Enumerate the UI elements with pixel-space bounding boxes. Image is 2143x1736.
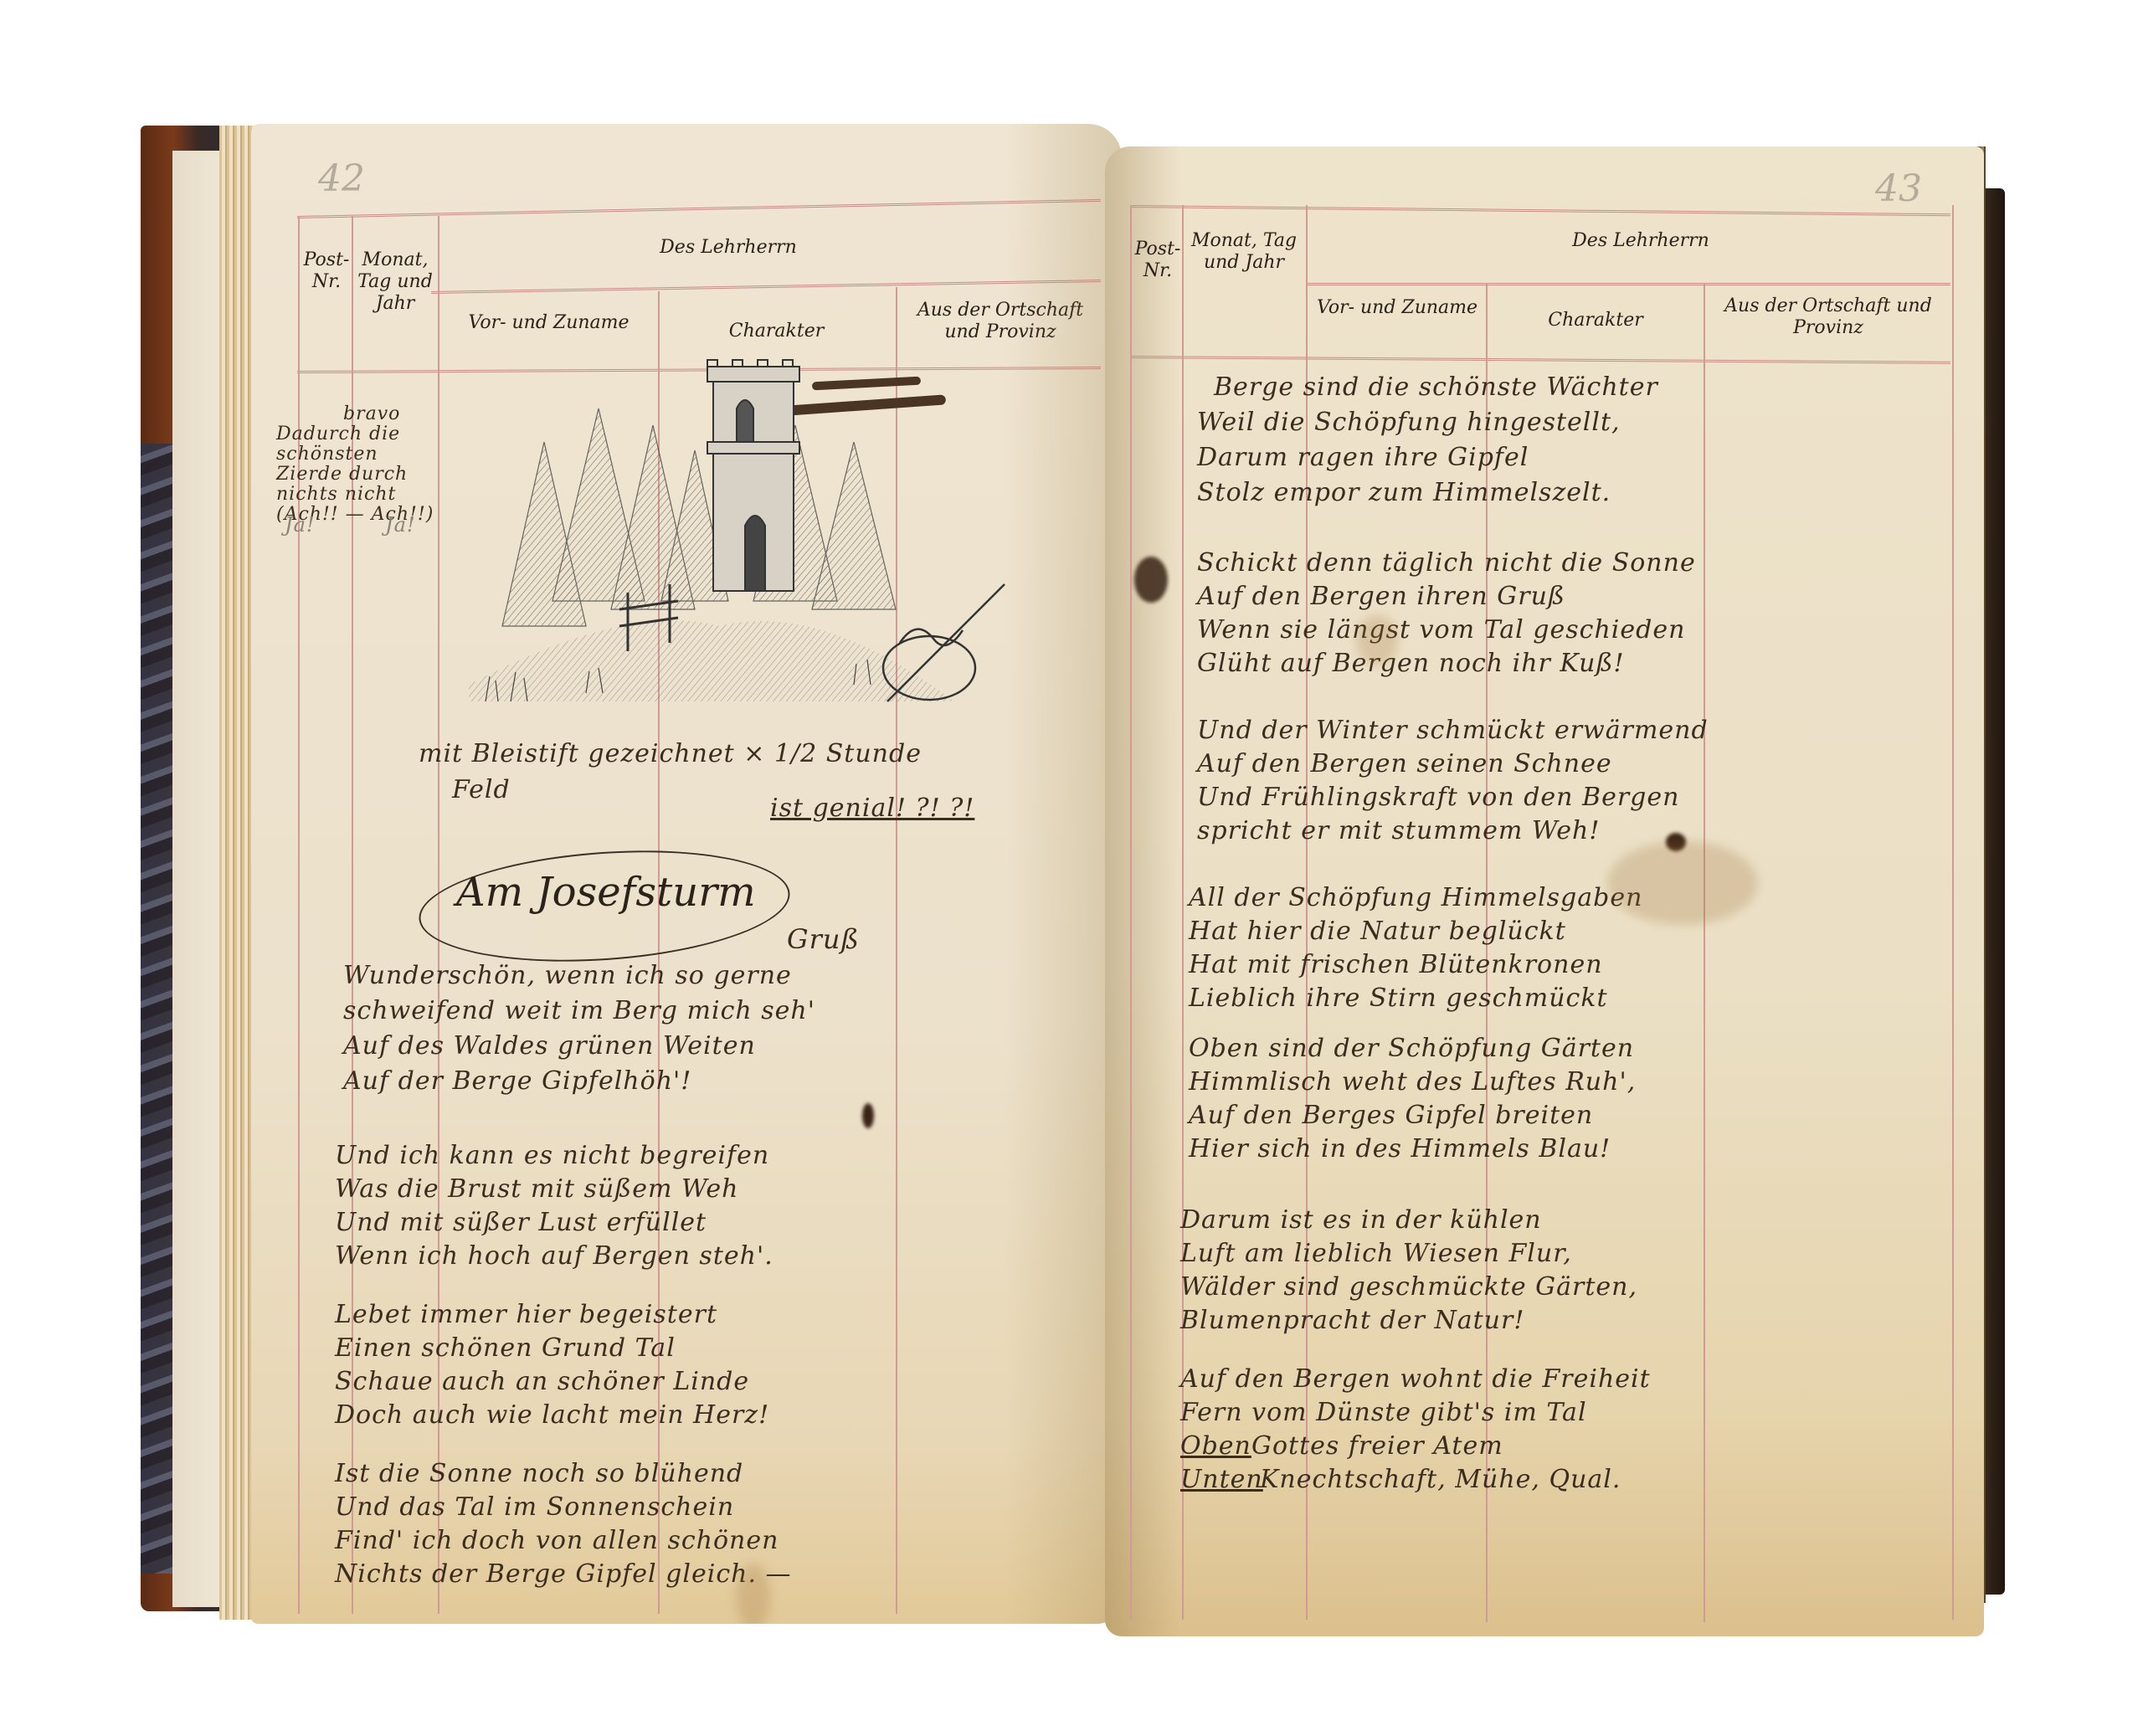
header-name: Vor- und Zuname — [442, 312, 655, 334]
poem-line: All der Schöpfung Himmelsgaben — [1189, 883, 1642, 912]
header-character: Charakter — [661, 321, 892, 342]
header-origin: Aus der Ortschaft und Provinz — [900, 300, 1101, 343]
poem-line: Unten — [1180, 1465, 1263, 1494]
column-rule — [1130, 205, 1132, 1620]
marbled-cover-paper — [141, 444, 174, 1574]
poem-line: Lebet immer hier begeistert — [335, 1300, 717, 1329]
header-origin: Aus der Ortschaft und Provinz — [1708, 295, 1949, 339]
ink-smudge — [1134, 557, 1168, 603]
poem-line: spricht er mit stummem Weh! — [1197, 816, 1600, 845]
poem-line: Ist die Sonne noch so blühend — [335, 1459, 743, 1488]
poem-line: Darum ragen ihre Gipfel — [1197, 443, 1529, 472]
header-group-lehrherr: Des Lehrherrn — [603, 237, 854, 259]
header-post-nr: Post-Nr. — [301, 249, 352, 293]
poem-line-rest: Knechtschaft, Mühe, Qual. — [1260, 1465, 1621, 1494]
pencil-note: Ja! — [285, 513, 316, 537]
pencil-note: Ja! — [385, 513, 416, 537]
poem-line: schweifend weit im Berg mich seh' — [343, 996, 815, 1025]
column-rule — [1704, 283, 1705, 1622]
poem-line: Hat mit frischen Blütenkronen — [1189, 950, 1603, 979]
poem-subtitle: Gruß — [787, 923, 860, 955]
page-number-right: 43 — [1875, 167, 1922, 210]
poem-line: Auf der Berge Gipfelhöh'! — [343, 1066, 691, 1096]
poem-line: Auf den Bergen seinen Schnee — [1197, 749, 1612, 778]
ink-blot — [862, 1103, 874, 1128]
poem-line: Schickt denn täglich nicht die Sonne — [1197, 548, 1696, 578]
poem-line: Oben sind der Schöpfung Gärten — [1189, 1034, 1634, 1063]
poem-line-rest: Gottes freier Atem — [1251, 1431, 1503, 1461]
header-post-nr: Post-Nr. — [1133, 239, 1182, 282]
poem-line: Was die Brust mit süßem Weh — [335, 1174, 738, 1204]
poem-line: Auf den Berges Gipfel breiten — [1189, 1101, 1593, 1130]
header-date: Monat, Tag und Jahr — [1185, 230, 1303, 274]
poem-line: Auf den Bergen wohnt die Freiheit — [1180, 1364, 1651, 1394]
poem-line: Weil die Schöpfung hingestellt, — [1197, 408, 1621, 437]
poem-line: Auf des Waldes grünen Weiten — [343, 1031, 756, 1061]
underlined-word: Unten — [1180, 1465, 1263, 1494]
left-page: 42 Post-Nr. Monat, Tag und Jahr Des Lehr… — [251, 124, 1122, 1624]
poem-line: Wenn sie längst vom Tal geschieden — [1197, 615, 1685, 645]
header-group-lehrherr: Des Lehrherrn — [1507, 230, 1775, 252]
open-ledger-book: 42 Post-Nr. Monat, Tag und Jahr Des Lehr… — [0, 0, 2143, 1736]
poem-line: Doch auch wie lacht mein Herz! — [335, 1400, 769, 1430]
header-character: Charakter — [1490, 310, 1701, 331]
page-number-left: 42 — [318, 157, 365, 200]
water-stain — [737, 1564, 770, 1624]
header-top-rule — [1130, 205, 1950, 216]
poem-line: Stolz empor zum Himmelszelt. — [1197, 478, 1611, 507]
poem-line: Lieblich ihre Stirn geschmückt — [1189, 984, 1608, 1013]
poem-line: Und das Tal im Sonnenschein — [335, 1492, 734, 1522]
water-stain — [1356, 615, 1398, 665]
poem-line: Hat hier die Natur beglückt — [1189, 917, 1566, 946]
poem-line: Find' ich doch von allen schönen — [335, 1526, 779, 1555]
poem-line: Hier sich in des Himmels Blau! — [1189, 1134, 1611, 1163]
sketch-caption-2: Feld — [452, 775, 511, 804]
underlined-word: Oben — [1180, 1431, 1251, 1461]
poem-line: Und mit süßer Lust erfüllet — [335, 1208, 707, 1237]
poem-line: Und der Winter schmückt erwärmend — [1197, 716, 1709, 745]
header-mid-rule — [1306, 283, 1950, 285]
poem-line: Nichts der Berge Gipfel gleich. — — [335, 1559, 792, 1589]
poem-line: Himmlisch weht des Luftes Ruh', — [1189, 1067, 1636, 1097]
poem-line: Berge sind die schönste Wächter — [1214, 372, 1658, 402]
header-mid-rule — [431, 280, 1101, 294]
poem-line: Fern vom Dünste gibt's im Tal — [1180, 1398, 1587, 1427]
poem-line: Oben — [1180, 1431, 1251, 1461]
header-date: Monat, Tag und Jahr — [353, 249, 437, 315]
header-bottom-rule — [1130, 356, 1950, 364]
poem-line: Einen schönen Grund Tal — [335, 1333, 676, 1363]
remark-text: ist genial! ?! ?! — [770, 794, 974, 823]
poem-line: Schaue auch an schöner Linde — [335, 1367, 749, 1396]
poem-line: Blumenpracht der Natur! — [1180, 1306, 1524, 1335]
header-top-rule — [297, 199, 1101, 218]
poem-title: Am Josefsturm — [456, 869, 756, 916]
poem-line: Auf den Bergen ihren Gruß — [1197, 582, 1565, 611]
poem-line: Und ich kann es nicht begreifen — [335, 1141, 769, 1170]
right-page: 43 Post-Nr. Monat, Tag und Jahr Des Lehr… — [1105, 146, 1984, 1636]
poem-line: Und Frühlingskraft von den Bergen — [1197, 783, 1679, 812]
poem-line: Wenn ich hoch auf Bergen steh'. — [335, 1241, 773, 1271]
sketch-remark: ist genial! ?! ?! — [770, 794, 974, 823]
poem-line: Darum ist es in der kühlen — [1180, 1205, 1542, 1235]
poem-line: Wälder sind geschmückte Gärten, — [1180, 1272, 1637, 1302]
poem-line: Luft am lieblich Wiesen Flur, — [1180, 1239, 1572, 1268]
sketch-caption: mit Bleistift gezeichnet × 1/2 Stunde — [419, 739, 922, 768]
tower-sketch-drawing — [419, 350, 1021, 735]
header-name: Vor- und Zuname — [1310, 297, 1484, 319]
water-stain — [1607, 841, 1758, 925]
column-rule — [1952, 205, 1954, 1620]
poem-line: Wunderschön, wenn ich so gerne — [343, 961, 792, 990]
poem-line: Glüht auf Bergen noch ihr Kuß! — [1197, 649, 1625, 678]
